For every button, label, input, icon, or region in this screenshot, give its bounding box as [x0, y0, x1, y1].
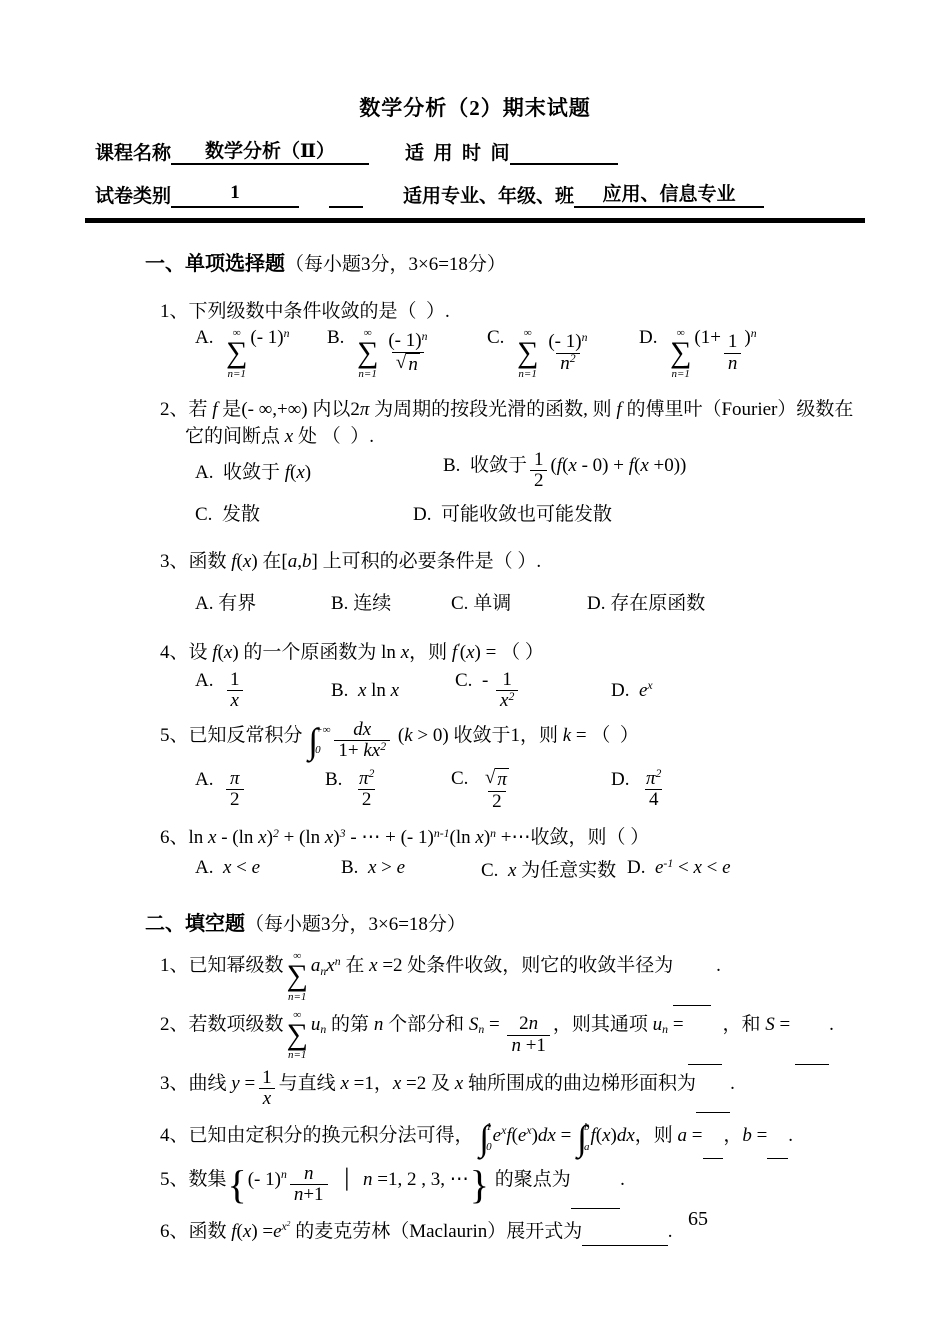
paper-type-value: 1: [171, 182, 299, 208]
integral-symbol: ∫10: [479, 1120, 491, 1156]
page-title: 数学分析（2）期末试题: [0, 92, 950, 122]
fraction: (- 1)nn2: [544, 332, 591, 374]
mc-q4-option-b: B. x ln x: [331, 680, 455, 702]
mc-q6-option-b: B. x > e: [341, 857, 481, 879]
blank-underline: [582, 1226, 668, 1246]
superscript: n: [582, 332, 588, 345]
mc-q5-option-a: A. π2: [195, 769, 325, 811]
mc-q3-option-d: D. 存在原函数: [587, 588, 705, 615]
integral-symbol: ∫+∞0: [308, 723, 330, 759]
blank-underline: [795, 1045, 829, 1065]
superscript: n: [490, 827, 496, 841]
section-2-heading: 二、填空题（每小题3分，3×6=18分）: [145, 907, 950, 936]
big-delimiter: {: [228, 1167, 247, 1203]
superscript: n-1: [434, 827, 450, 841]
big-delimiter: }: [470, 1167, 489, 1203]
superscript: x: [501, 1124, 506, 1138]
mc-q1-options: A. ∞∑n=1(- 1)n B. ∞∑n=1(- 1)n√n C. ∞∑n=1…: [195, 327, 950, 380]
superscript: x: [647, 679, 652, 693]
section-1-title: 一、单项选择题: [145, 253, 285, 275]
fill-q5-stem: 5、数集{(- 1)nnn+1 │ n =1, 2 , 3, ⋯} 的聚点为.: [160, 1164, 950, 1206]
fraction: 1x2: [496, 670, 518, 712]
mc-q2-option-d: D. 可能收敛也可能发散: [413, 499, 612, 526]
mc-q3-option-b: B. 连续: [331, 588, 451, 615]
mc-q5-option-c: C. √π2: [451, 768, 611, 812]
mc-q5-stem: 5、已知反常积分 ∫+∞0dx1+ kx2 (k > 0) 收敛于1，则 k =…: [160, 720, 950, 762]
mc-q2-option-a: A. 收敛于 f(x): [195, 457, 443, 484]
superscript: 2: [368, 768, 374, 781]
superscript: n: [422, 331, 428, 344]
mc-q4-options: A. 1x B. x ln x C. - 1x2 D. ex: [195, 670, 950, 712]
fraction: π22: [355, 769, 378, 811]
sum-symbol: ∞∑n=1: [357, 327, 378, 380]
mc-q4-option-c: C. - 1x2: [455, 670, 611, 712]
mc-q2-options-row1: A. 收敛于 f(x) B. 收敛于12(f(x - 0) + f(x +0)): [195, 450, 950, 492]
fraction: π24: [642, 769, 665, 811]
fraction: 12: [530, 450, 548, 492]
subscript: n: [320, 965, 326, 979]
mc-q5-option-d: D. π24: [611, 769, 668, 811]
fraction: 1n: [724, 332, 742, 374]
section-1-note: （每小题3分，3×6=18分）: [285, 254, 506, 275]
sum-symbol: ∞∑n=1: [226, 327, 247, 380]
mc-q3-options: A. 有界 B. 连续 C. 单调 D. 存在原函数: [195, 587, 950, 617]
mc-q2-stem-line2: 它的间断点 x 处 （ ）.: [185, 421, 950, 448]
integral-symbol: ∫ba: [577, 1120, 589, 1156]
subscript: n: [478, 1023, 484, 1037]
mc-q6-option-d: D. e-1 < x < e: [627, 857, 731, 879]
short-blank-underline: [329, 182, 363, 208]
fraction: π2: [226, 769, 244, 811]
mc-q3-option-c: C. 单调: [451, 588, 587, 615]
sum-symbol: ∞∑n=1: [287, 1009, 308, 1062]
blank-underline: [767, 1139, 788, 1159]
fraction: √π2: [481, 768, 513, 812]
superscript: x2: [282, 1220, 291, 1234]
fill-q3-stem: 3、曲线 y =1x与直线 x =1，x =2 及 x 轴所围成的曲边梯形面积为…: [160, 1068, 950, 1110]
mc-q1-stem: 1、下列级数中条件收敛的是（ ）.: [160, 296, 950, 323]
blank-underline: [673, 986, 711, 1006]
fraction: 1x: [226, 670, 244, 712]
mc-q4-option-a: A. 1x: [195, 670, 331, 712]
header-row-1: 课程名称 数学分析（Ⅱ） 适 用 时 间: [95, 136, 950, 165]
fraction: nn+1: [290, 1164, 328, 1206]
mc-q6-options: A. x < e B. x > e C. x 为任意实数 D. e-1 < x …: [195, 853, 950, 883]
page-number: 65: [688, 1208, 708, 1231]
fill-q1-stem: 1、已知幂级数∞∑n=1anxn 在 x =2 处条件收敛，则它的收敛半径为 .: [160, 950, 950, 1003]
mc-q1-option-c: C. ∞∑n=1(- 1)nn2: [487, 327, 639, 380]
superscript: x: [526, 1124, 531, 1138]
blank-underline: [688, 1045, 722, 1065]
superscript: 3: [340, 827, 346, 841]
sqrt-symbol: √n: [396, 353, 420, 376]
superscript: n: [284, 327, 290, 341]
fraction: (- 1)n√n: [384, 331, 431, 375]
mc-q5-options: A. π2 B. π22 C. √π2 D. π24: [195, 768, 950, 812]
subscript: n: [662, 1023, 668, 1037]
section-1-heading: 一、单项选择题（每小题3分，3×6=18分）: [145, 247, 950, 276]
applicable-time-blank: [510, 139, 618, 165]
section-2-title: 二、填空题: [145, 913, 245, 935]
major-label: 适用专业、年级、班: [403, 181, 574, 208]
exam-header: 课程名称 数学分析（Ⅱ） 适 用 时 间 试卷类别 1 适用专业、年级、班 应用…: [95, 136, 950, 208]
header-row-2: 试卷类别 1 适用专业、年级、班 应用、信息专业: [95, 179, 950, 208]
mc-q6-option-a: A. x < e: [195, 857, 341, 879]
section-2-note: （每小题3分，3×6=18分）: [245, 914, 466, 935]
superscript: 2: [570, 353, 576, 366]
fraction: 1x: [258, 1068, 276, 1110]
mc-q4-option-d: D. ex: [611, 680, 653, 702]
applicable-time-label: 适 用 时 间: [405, 138, 510, 165]
mc-q1-option-a: A. ∞∑n=1(- 1)n: [195, 327, 327, 380]
mc-q3-stem: 3、函数 f(x) 在[a,b] 上可积的必要条件是（ ）.: [160, 546, 950, 573]
mc-q2-option-c: C. 发散: [195, 499, 413, 526]
mc-q5-option-b: B. π22: [325, 769, 451, 811]
superscript: 2: [273, 827, 279, 841]
superscript: n: [281, 1168, 287, 1182]
blank-underline: [571, 1189, 620, 1209]
mc-q4-stem: 4、设 f(x) 的一个原函数为 ln x，则 f′(x) = （ ）: [160, 637, 950, 664]
superscript: -1: [663, 857, 673, 871]
course-name-value: 数学分析（Ⅱ）: [171, 136, 369, 165]
superscript: n: [751, 327, 757, 341]
fraction: 2nn +1: [507, 1014, 549, 1056]
exam-paper-page: 数学分析（2）期末试题 课程名称 数学分析（Ⅱ） 适 用 时 间 试卷类别 1 …: [0, 0, 950, 1344]
course-name-label: 课程名称: [95, 138, 171, 165]
mc-q6-stem: 6、ln x - (ln x)2 + (ln x)3 - ⋯ + (- 1)n-…: [160, 822, 950, 849]
fill-q4-stem: 4、已知由定积分的换元积分法可得， ∫10exf(ex)dx = ∫baf(x)…: [160, 1120, 950, 1156]
superscript: n: [335, 955, 341, 969]
mc-q1-option-d: D. ∞∑n=1(1+1n)n: [639, 327, 757, 380]
mc-q2-option-b: B. 收敛于12(f(x - 0) + f(x +0)): [443, 450, 686, 492]
blank-underline: [703, 1139, 724, 1159]
fill-q2-stem: 2、若数项级数∞∑n=1un 的第 n 个部分和 Sn = 2nn +1，则其通…: [160, 1009, 950, 1062]
superscript: 2: [656, 768, 662, 781]
sum-symbol: ∞∑n=1: [287, 950, 308, 1003]
mc-q3-option-a: A. 有界: [195, 588, 331, 615]
paper-type-label: 试卷类别: [95, 181, 171, 208]
mc-q6-option-c: C. x 为任意实数: [481, 855, 627, 882]
superscript: 2: [287, 1219, 291, 1228]
mc-q2-options-row2: C. 发散 D. 可能收敛也可能发散: [195, 498, 950, 528]
mc-q1-option-b: B. ∞∑n=1(- 1)n√n: [327, 327, 487, 380]
sqrt-symbol: √π: [485, 768, 509, 791]
sum-symbol: ∞∑n=1: [517, 327, 538, 380]
fill-q6-stem: 6、函数 f(x) =ex2 的麦克劳林（Maclaurin）展开式为.: [160, 1216, 950, 1243]
fraction: dx1+ kx2: [334, 720, 390, 762]
major-value: 应用、信息专业: [574, 179, 764, 208]
subscript: n: [320, 1023, 326, 1037]
blank-underline: [696, 1093, 730, 1113]
superscript: 2: [380, 741, 386, 754]
mc-q2-stem-line1: 2、若 f 是(- ∞,+∞) 内以2π 为周期的按段光滑的函数, 则 f 的傅…: [160, 394, 950, 421]
superscript: 2: [508, 691, 514, 704]
superscript: ′: [457, 641, 460, 655]
sum-symbol: ∞∑n=1: [670, 327, 691, 380]
header-divider-rule: [85, 218, 865, 223]
